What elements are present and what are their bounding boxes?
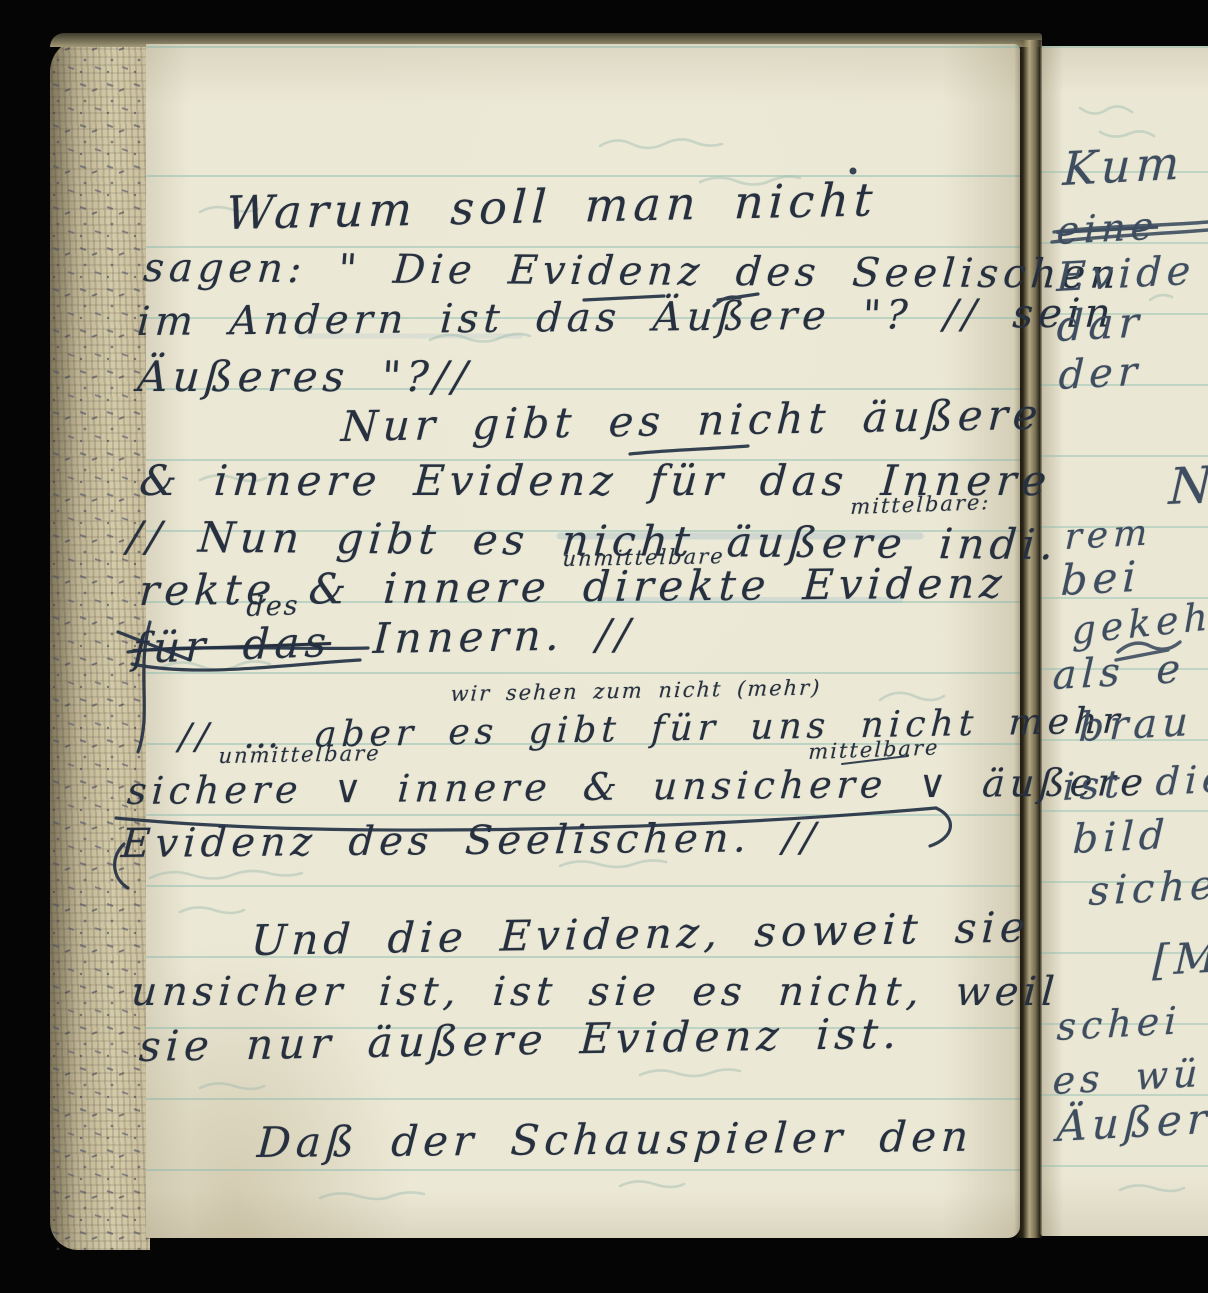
manuscript-line: sagen: " Die Evidenz des Seelischen: [142, 248, 1122, 295]
manuscript-insertion: unmittelbare: [562, 546, 725, 570]
right-page-fragment: bild: [1072, 815, 1170, 860]
manuscript-insertion: des: [246, 592, 300, 621]
right-page-fragment: dar: [1056, 301, 1144, 348]
crossed-out-phrase: für das: [132, 621, 332, 670]
right-page-fragment: als e: [1052, 649, 1186, 696]
manuscript-photo: Warum soll man nicht sagen: " Die Eviden…: [0, 0, 1208, 1293]
right-page-fragment: siche: [1088, 865, 1208, 912]
right-page-fragment: rem: [1064, 515, 1153, 556]
manuscript-insertion: mittelbare:: [850, 492, 991, 518]
right-page-fragment: Äußer: [1056, 1098, 1208, 1148]
manuscript-line: Warum soll man nicht: [225, 176, 879, 236]
right-page-fragment: [M: [1152, 936, 1208, 982]
manuscript-line: im Andern ist das Äußere "? // sein: [136, 293, 1117, 342]
manuscript-line: Innern. //: [372, 613, 636, 660]
right-page-fragment: ist die: [1062, 759, 1208, 806]
right-page-fragment: Evide: [1056, 251, 1196, 298]
manuscript-insertion: unmittelbare: [218, 743, 381, 767]
book-gutter: [1014, 40, 1042, 1238]
manuscript-line: Äußeres "?//: [136, 356, 473, 398]
right-page-fragment: Kum: [1062, 139, 1185, 192]
manuscript-line: Nur gibt es nicht äußere: [340, 394, 1044, 448]
manuscript-line: unsicher ist, ist sie es nicht, weil: [130, 972, 1061, 1012]
manuscript-line: Daß der Schauspieler den: [256, 1116, 975, 1164]
right-page-fragment: N: [1168, 459, 1208, 512]
right-page-fragment: es wü: [1052, 1054, 1203, 1100]
right-page-fragment: brau: [1078, 702, 1194, 748]
manuscript-line: sichere ∨ innere & unsichere ∨ äußere: [126, 763, 1149, 810]
right-page-fragment: schei: [1056, 1001, 1182, 1046]
manuscript-line: Evidenz des Seelischen. //: [120, 818, 821, 864]
right-page-fragment: bei: [1060, 556, 1142, 602]
manuscript-insertion: mittelbare: [808, 737, 940, 763]
right-page-crossed-fragment: eine: [1056, 207, 1159, 250]
right-page-fragment: der: [1058, 352, 1143, 396]
